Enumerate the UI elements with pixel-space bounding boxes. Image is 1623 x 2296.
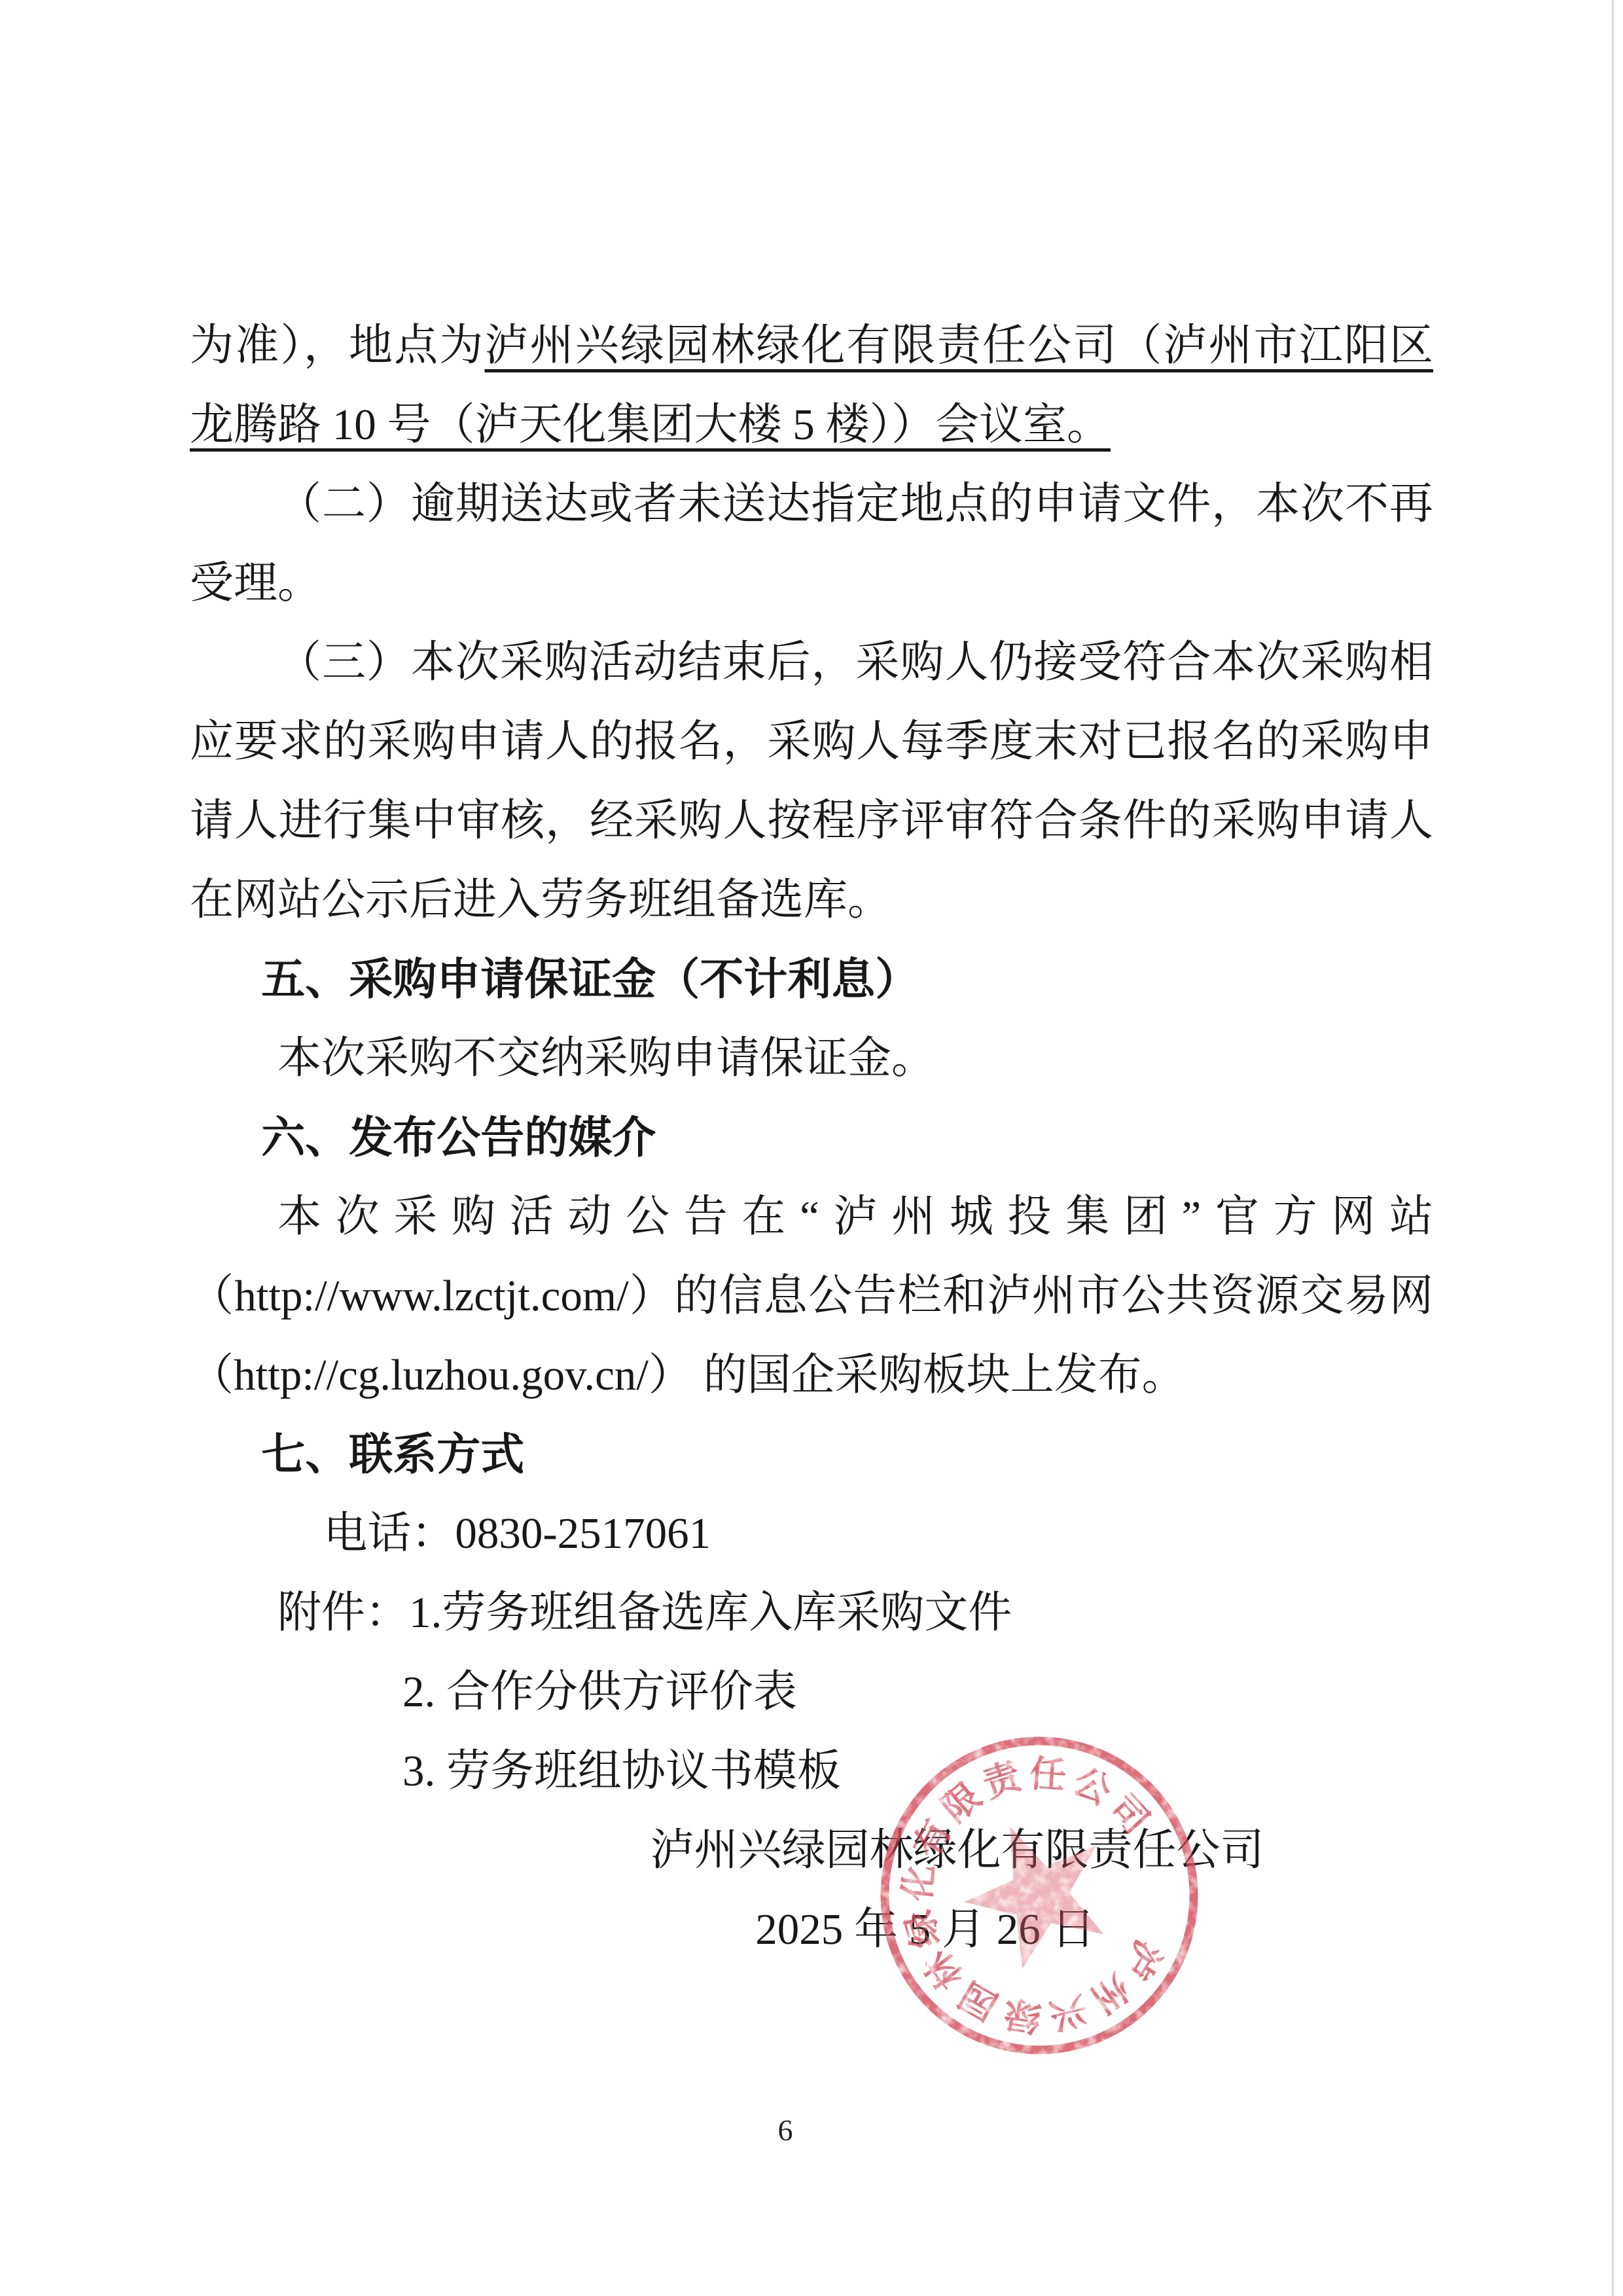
- text-run: 为准），地点为: [190, 321, 484, 370]
- attachment-line-2: 2. 合作分供方评价表: [190, 1653, 1433, 1732]
- svg-text:园: 园: [953, 1973, 1005, 2027]
- scan-edge-artifact: [1612, 0, 1614, 2296]
- page-number: 6: [764, 2113, 806, 2147]
- underlined-text: 龙腾路 10 号（泸天化集团大楼 5 楼））会议室。: [190, 401, 1111, 449]
- paragraph-line: 请人进行集中审核，经采购人按程序评审符合条件的采购申请人: [190, 781, 1433, 861]
- underlined-text: 泸州兴绿园林绿化有限责任公司（泸州市江阳区: [484, 321, 1433, 370]
- paragraph-line: 本次采购活动公告在“泸州城投集团”官方网站: [190, 1177, 1433, 1257]
- svg-text:绿: 绿: [1001, 1992, 1043, 2037]
- paragraph-line: 本次采购不交纳采购申请保证金。: [190, 1019, 1433, 1098]
- section-heading-6: 六、发布公告的媒介: [190, 1098, 1433, 1177]
- signature-company: 泸州兴绿园林绿化有限责任公司: [190, 1811, 1433, 1890]
- svg-text:州: 州: [1083, 1965, 1137, 2020]
- paragraph-line: 受理。: [190, 544, 1433, 623]
- paragraph-line: 龙腾路 10 号（泸天化集团大楼 5 楼））会议室。: [190, 386, 1433, 465]
- document-body: 为准），地点为泸州兴绿园林绿化有限责任公司（泸州市江阳区 龙腾路 10 号（泸天…: [190, 306, 1433, 1969]
- paragraph-line: （http://www.lzctjt.com/）的信息公告栏和泸州市公共资源交易…: [190, 1257, 1433, 1336]
- phone-line: 电话：0830-2517061: [190, 1494, 1433, 1573]
- attachment-line-3: 3. 劳务班组协议书模板: [190, 1732, 1433, 1811]
- section-heading-7: 七、联系方式: [190, 1415, 1433, 1494]
- paragraph-line: 应要求的采购申请人的报名，采购人每季度末对已报名的采购申: [190, 702, 1433, 781]
- paragraph-line: 在网站公示后进入劳务班组备选库。: [190, 861, 1433, 940]
- svg-text:兴: 兴: [1045, 1988, 1091, 2037]
- paragraph-line: （http://cg.luzhou.gov.cn/） 的国企采购板块上发布。: [190, 1336, 1433, 1415]
- paragraph-line: 为准），地点为泸州兴绿园林绿化有限责任公司（泸州市江阳区: [190, 306, 1433, 386]
- document-page: 为准），地点为泸州兴绿园林绿化有限责任公司（泸州市江阳区 龙腾路 10 号（泸天…: [0, 0, 1623, 2296]
- paragraph-line: （三）本次采购活动结束后，采购人仍接受符合本次采购相: [190, 623, 1433, 702]
- attachment-line-1: 附件：1.劳务班组备选库入库采购文件: [190, 1573, 1433, 1653]
- paragraph-line: （二）逾期送达或者未送达指定地点的申请文件，本次不再: [190, 465, 1433, 544]
- signature-date: 2025 年 5 月 26 日: [190, 1890, 1433, 1969]
- section-heading-5: 五、采购申请保证金（不计利息）: [190, 940, 1433, 1019]
